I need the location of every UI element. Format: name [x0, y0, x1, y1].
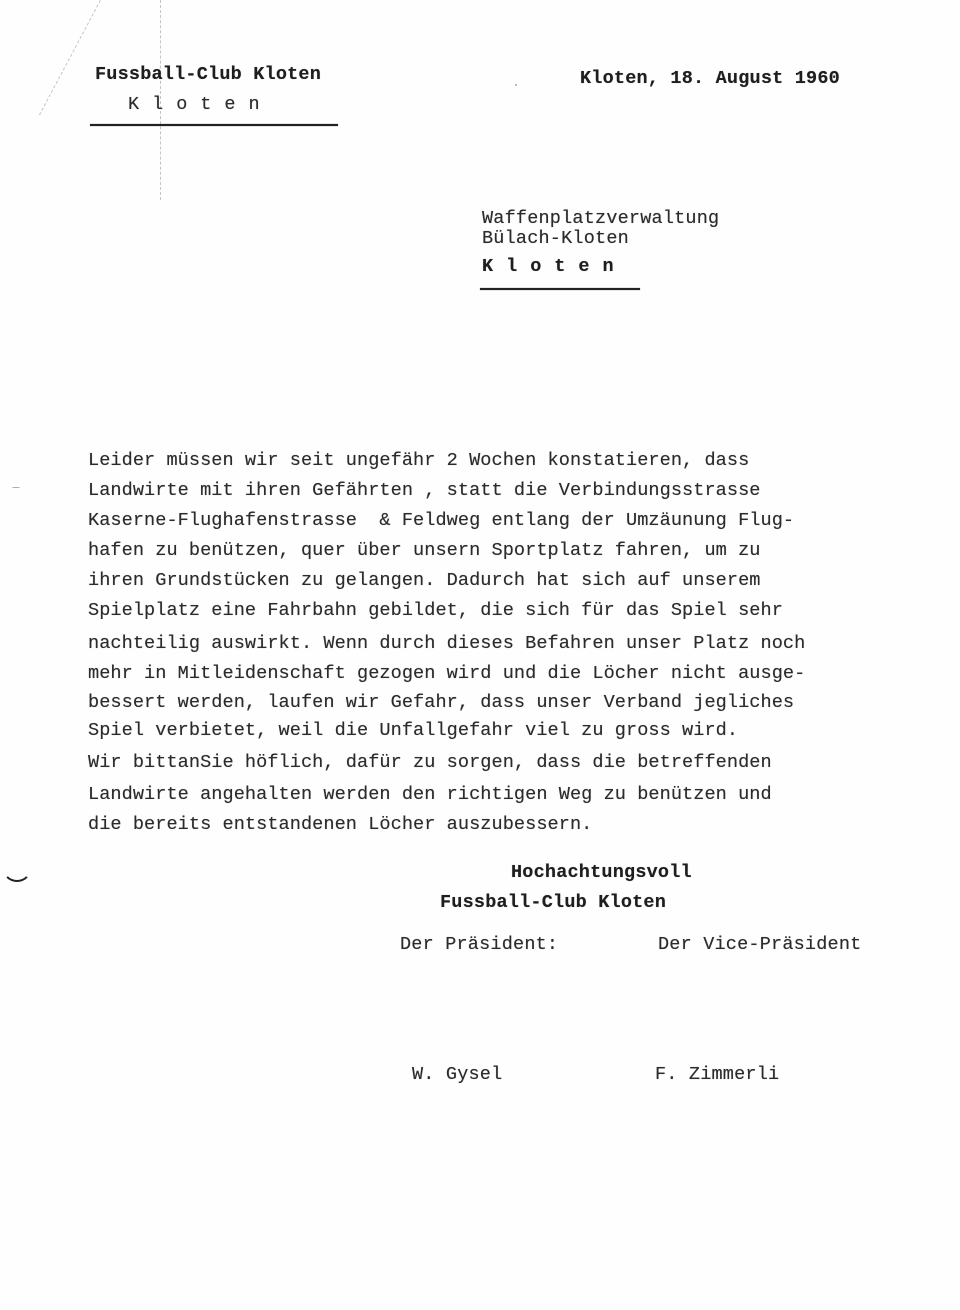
signer-vice-president: F. Zimmerli [655, 1064, 779, 1085]
fold-crease [39, 0, 101, 115]
body-line: hafen zu benützen, quer über unsern Spor… [88, 540, 760, 561]
body-line: nachteilig auswirkt. Wenn durch dieses B… [88, 633, 805, 654]
recipient-line-1: Waffenplatzverwaltung [482, 208, 719, 229]
body-line: bessert werden, laufen wir Gefahr, dass … [88, 692, 794, 713]
signer-president: W. Gysel [412, 1064, 502, 1085]
body-line: ihren Grundstücken zu gelangen. Dadurch … [88, 570, 760, 591]
role-vice-president: Der Vice-Präsident [658, 934, 861, 955]
dateline: Kloten, 18. August 1960 [580, 68, 840, 89]
body-line: Landwirte mit ihren Gefährten , statt di… [88, 480, 760, 501]
body-line: Landwirte angehalten werden den richtige… [88, 784, 772, 805]
recipient-line-2: Bülach-Kloten [482, 228, 629, 249]
body-line: mehr in Mitleidenschaft gezogen wird und… [88, 663, 805, 684]
letterhead-underline [90, 124, 338, 126]
body-line: Spiel verbietet, weil die Unfallgefahr v… [88, 720, 738, 741]
closing-organization: Fussball-Club Kloten [440, 892, 666, 913]
body-line: Spielplatz eine Fahrbahn gebildet, die s… [88, 600, 783, 621]
paper-speck [12, 487, 20, 488]
recipient-underline [480, 288, 640, 290]
closing-salutation: Hochachtungsvoll [511, 862, 692, 883]
body-line: Wir bittanSie höflich, dafür zu sorgen, … [88, 752, 772, 773]
letter-page: Fussball-Club Kloten Kloten Kloten, 18. … [0, 0, 960, 1310]
paper-speck [515, 84, 517, 86]
sender-city: Kloten [128, 94, 273, 115]
body-line: Leider müssen wir seit ungefähr 2 Wochen… [88, 450, 749, 471]
punch-hole-mark [2, 852, 32, 882]
body-line: die bereits entstandenen Löcher auszubes… [88, 814, 592, 835]
sender-name: Fussball-Club Kloten [95, 64, 321, 85]
role-president: Der Präsident: [400, 934, 558, 955]
body-line: Kaserne-Flughafenstrasse & Feldweg entla… [88, 510, 794, 531]
recipient-city: Kloten [482, 256, 627, 277]
